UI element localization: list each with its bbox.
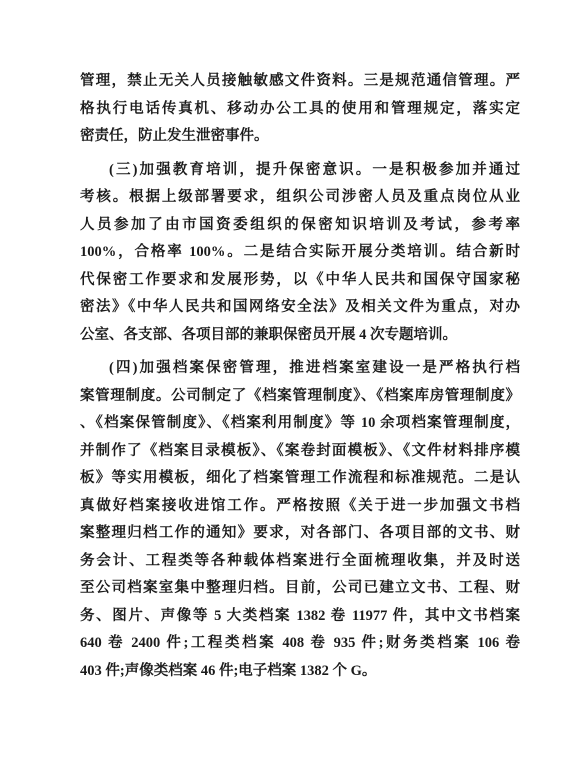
document-body: 管理，禁止无关人员接触敏感文件资料。三是规范通信管理。严格执行电话传真机、移动办… <box>80 68 520 685</box>
text-line: 并制作了《档案目录模板》、《案卷封面模板》、《文件材料排序模 <box>80 438 520 466</box>
text-line: 格执行电话传真机、移动办公工具的使用和管理规定，落实定 <box>80 96 520 124</box>
paragraph: (三)加强教育培训，提升保密意识。一是积极参加并通过考核。根据上级部署要求，组织… <box>80 157 520 350</box>
text-line: 务、图片、声像等 5 大类档案 1382 卷 11977 件，其中文书档案 <box>80 603 520 631</box>
text-line: 案管理制度。公司制定了《档案管理制度》、《档案库房管理制度》 <box>80 383 520 411</box>
text-line: (三)加强教育培训，提升保密意识。一是积极参加并通过 <box>80 157 520 185</box>
text-line: 密法》《中华人民共和国网络安全法》及相关文件为重点，对办 <box>80 294 520 322</box>
text-line: 、《档案保管制度》、《档案利用制度》等 10 余项档案管理制度， <box>80 410 520 438</box>
text-line: 403 件;声像类档案 46 件;电子档案 1382 个 G。 <box>80 658 520 686</box>
text-line: 100%，合格率 100%。二是结合实际开展分类培训。结合新时 <box>80 239 520 267</box>
text-line: 密责任，防止发生泄密事件。 <box>80 123 520 151</box>
text-line: 真做好档案接收进馆工作。严格按照《关于进一步加强文书档 <box>80 493 520 521</box>
text-line: 至公司档案室集中整理归档。目前，公司已建立文书、工程、财 <box>80 575 520 603</box>
paragraph: 管理，禁止无关人员接触敏感文件资料。三是规范通信管理。严格执行电话传真机、移动办… <box>80 68 520 151</box>
text-line: 务会计、工程类等各种载体档案进行全面梳理收集，并及时送 <box>80 548 520 576</box>
text-line: 案整理归档工作的通知》要求，对各部门、各项目部的文书、财 <box>80 520 520 548</box>
text-line: 代保密工作要求和发展形势，以《中华人民共和国保守国家秘 <box>80 267 520 295</box>
paragraph: (四)加强档案保密管理，推进档案室建设一是严格执行档案管理制度。公司制定了《档案… <box>80 355 520 685</box>
document-page: 管理，禁止无关人员接触敏感文件资料。三是规范通信管理。严格执行电话传真机、移动办… <box>0 0 586 759</box>
text-line: 考核。根据上级部署要求，组织公司涉密人员及重点岗位从业 <box>80 184 520 212</box>
text-line: 人员参加了由市国资委组织的保密知识培训及考试，参考率 <box>80 212 520 240</box>
text-line: 管理，禁止无关人员接触敏感文件资料。三是规范通信管理。严 <box>80 68 520 96</box>
text-line: (四)加强档案保密管理，推进档案室建设一是严格执行档 <box>80 355 520 383</box>
text-line: 640 卷 2400 件;工程类档案 408 卷 935 件;财务类档案 106… <box>80 630 520 658</box>
text-line: 公室、各支部、各项目部的兼职保密员开展 4 次专题培训。 <box>80 322 520 350</box>
text-line: 板》等实用模板，细化了档案管理工作流程和标准规范。二是认 <box>80 465 520 493</box>
